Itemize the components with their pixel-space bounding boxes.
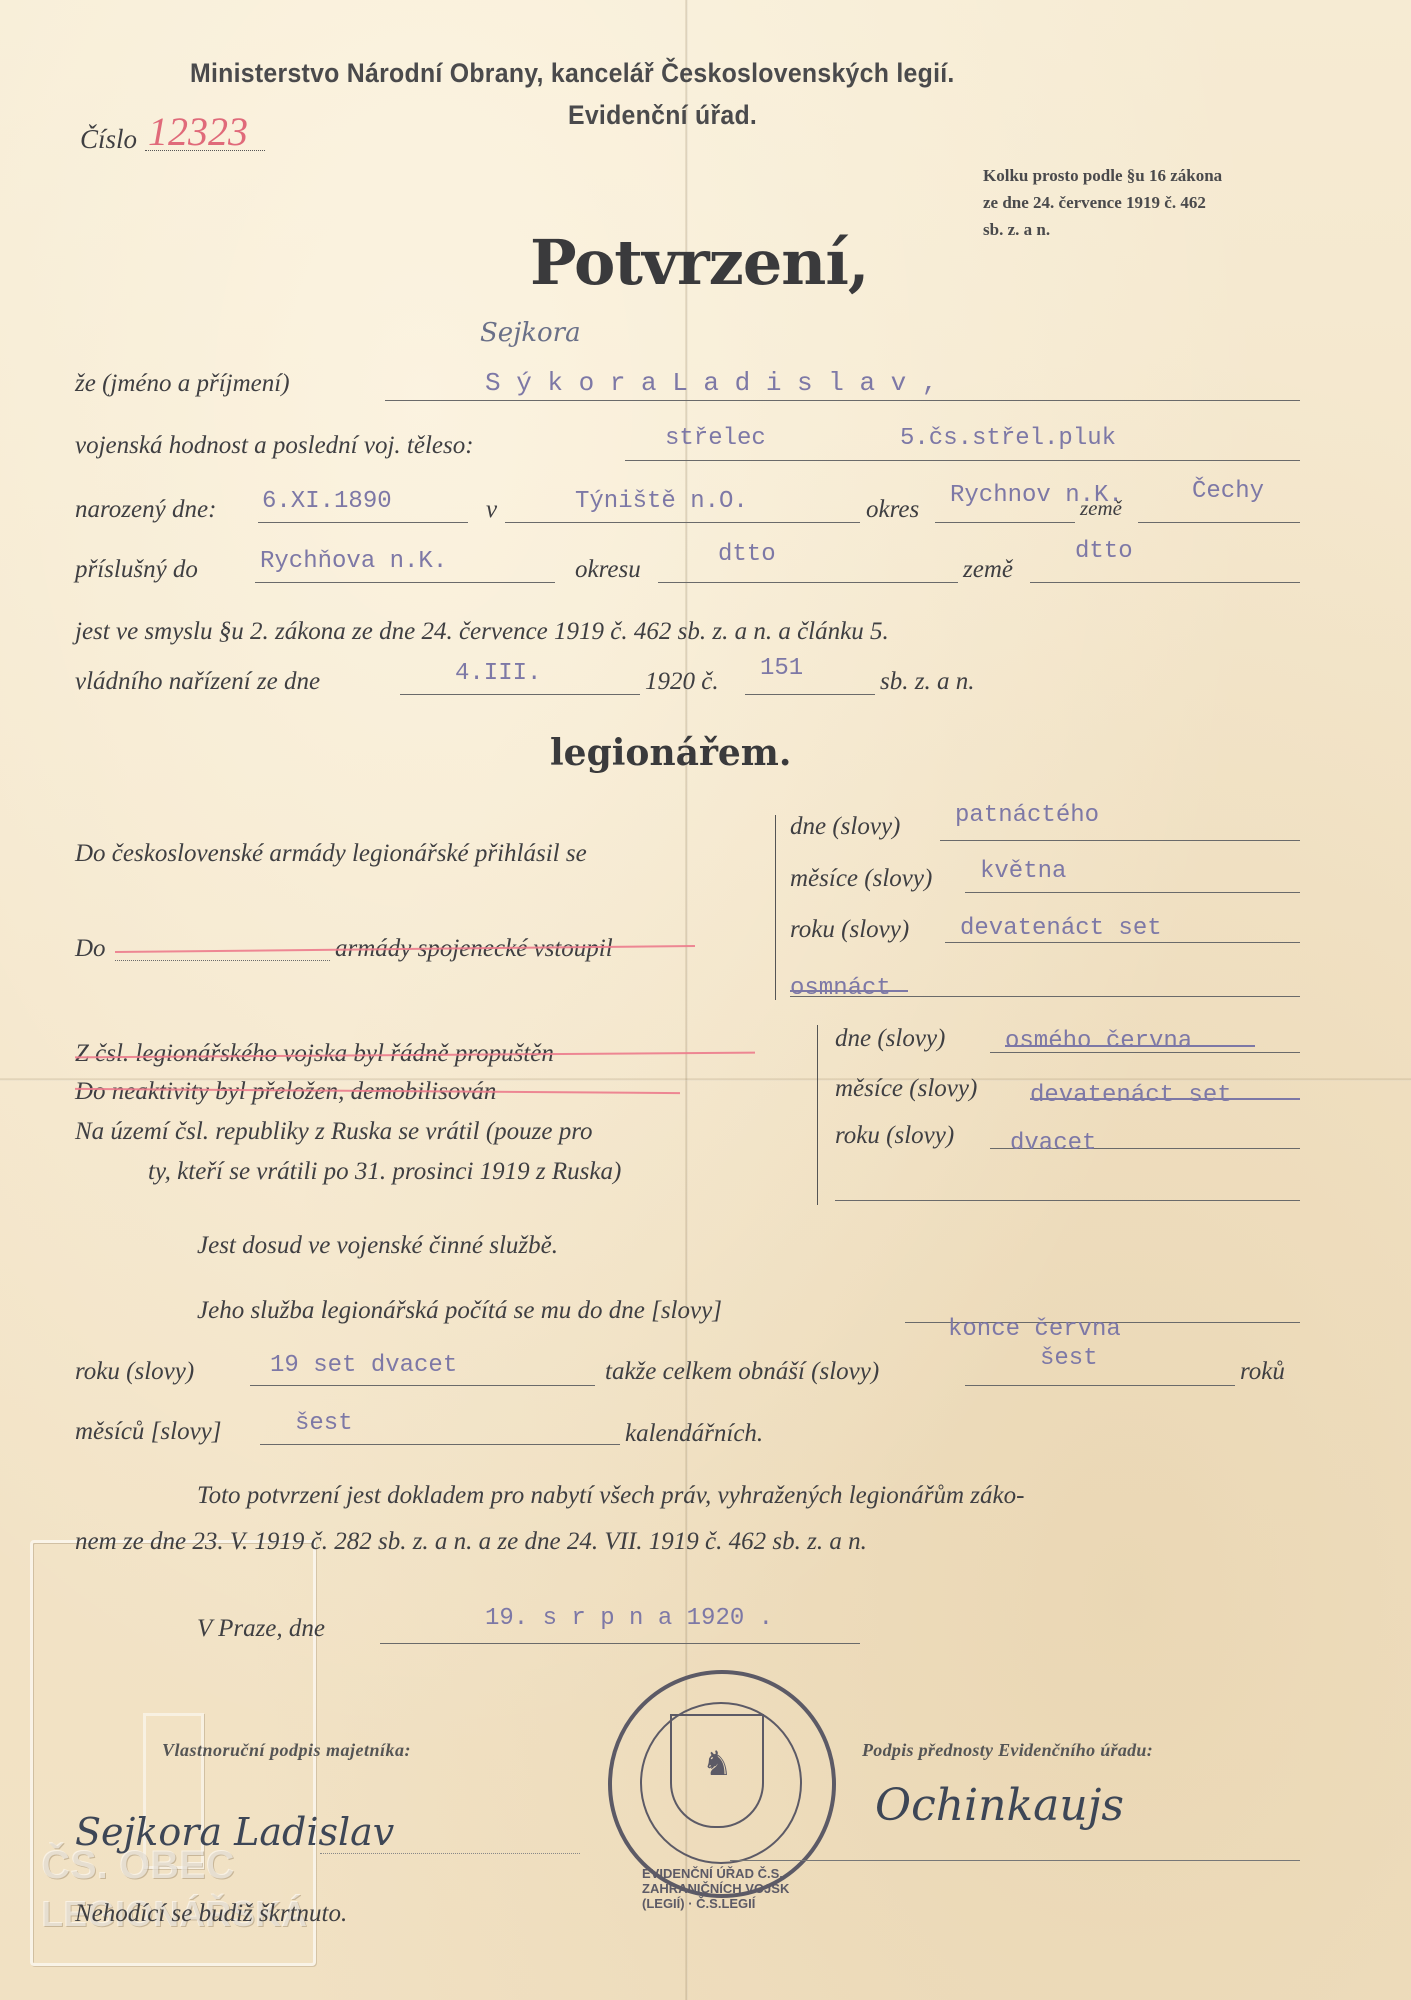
discharge-bracket bbox=[817, 1025, 818, 1205]
domicile-town-line bbox=[255, 582, 555, 583]
stamp-note-line3: sb. z. a n. bbox=[983, 216, 1222, 243]
domicile-district-value: dtto bbox=[718, 541, 776, 568]
months-label: měsíců [slovy] bbox=[75, 1418, 222, 1446]
domicile-town-value: Rychňova n.K. bbox=[260, 548, 447, 575]
counted-until-value: konce června bbox=[948, 1316, 1121, 1343]
unit-value: 5.čs.střel.pluk bbox=[900, 425, 1116, 452]
birth-place-value: Týniště n.O. bbox=[575, 488, 748, 515]
birth-place-label: v bbox=[486, 496, 497, 524]
discharge-line3: Na území čsl. republiky z Ruska se vráti… bbox=[75, 1118, 593, 1146]
enlistment-label: Do československé armády legionářské při… bbox=[75, 840, 587, 868]
place-date-label: V Praze, dne bbox=[197, 1615, 325, 1643]
discharge-line4: ty, kteří se vrátili po 31. prosinci 191… bbox=[148, 1158, 621, 1186]
strike-year-cont bbox=[790, 990, 908, 992]
total-years-line bbox=[965, 1385, 1235, 1386]
document-number: 12323 bbox=[148, 108, 248, 155]
holder-signature-line bbox=[320, 1853, 580, 1854]
enlist-month-line bbox=[965, 892, 1300, 893]
head-signature-label: Podpis přednosty Evidenčního úřadu: bbox=[862, 1740, 1153, 1761]
birth-country-label: země bbox=[1080, 496, 1122, 521]
document-title: Potvrzení, bbox=[530, 226, 869, 299]
months-line bbox=[260, 1444, 620, 1445]
service-year-line bbox=[250, 1385, 595, 1386]
footnote: Nehodící se budiž škrtnuto. bbox=[75, 1900, 347, 1928]
service-year-label: roku (slovy) bbox=[75, 1358, 194, 1386]
birth-date-line bbox=[258, 522, 468, 523]
domicile-country-value: dtto bbox=[1075, 538, 1133, 565]
active-duty-text: Jest dosud ve vojenské činné službě. bbox=[197, 1232, 558, 1260]
birth-date-value: 6.XI.1890 bbox=[262, 488, 392, 515]
domicile-district-label: okresu bbox=[575, 556, 641, 584]
enlist-day-value: patnáctého bbox=[955, 802, 1099, 829]
holder-signature-label: Vlastnoruční podpis majetníka: bbox=[162, 1740, 411, 1761]
total-years-value: šest bbox=[1040, 1345, 1098, 1372]
discharge-year-value: dvacet bbox=[1010, 1130, 1096, 1157]
domicile-label: příslušný do bbox=[75, 556, 198, 584]
decree-number-line bbox=[745, 694, 875, 695]
strike-discharge-month bbox=[1030, 1098, 1300, 1100]
lion-emblem-icon: ♞ bbox=[702, 1744, 732, 1784]
place-date-line bbox=[380, 1643, 860, 1644]
name-annotation: Sejkora bbox=[480, 318, 581, 348]
office-heading: Evidenční úřad. bbox=[568, 100, 757, 131]
law-text-line2-prefix: vládního nařízení ze dne bbox=[75, 668, 320, 696]
decree-number-value: 151 bbox=[760, 655, 803, 682]
discharge-month-label: měsíce (slovy) bbox=[835, 1075, 977, 1103]
strike-discharge-day bbox=[1005, 1045, 1255, 1047]
allied-army-line bbox=[115, 960, 330, 961]
stamp-note-line2: ze dne 24. července 1919 č. 462 bbox=[983, 189, 1222, 216]
holder-signature: Sejkora Ladislav bbox=[75, 1810, 394, 1854]
birth-place-line bbox=[505, 522, 860, 523]
decree-date-line bbox=[400, 694, 640, 695]
allied-enlistment-prefix: Do bbox=[75, 935, 106, 963]
stamp-exemption-note: Kolku prosto podle §u 16 zákona ze dne 2… bbox=[983, 162, 1222, 243]
enlist-year-line bbox=[945, 942, 1300, 943]
enlist-year-value: devatenáct set bbox=[960, 915, 1162, 942]
birth-district-line bbox=[935, 522, 1075, 523]
discharge-day-label: dne (slovy) bbox=[835, 1025, 945, 1053]
rank-value: střelec bbox=[665, 425, 766, 452]
domicile-district-line bbox=[658, 582, 958, 583]
document-subtitle: legionářem. bbox=[550, 732, 791, 774]
service-year-value: 19 set dvacet bbox=[270, 1352, 457, 1379]
discharge-day-value: osmého června bbox=[1005, 1028, 1192, 1055]
enlist-day-label: dne (slovy) bbox=[790, 813, 900, 841]
domicile-country-line bbox=[1030, 582, 1300, 583]
stamp-note-line1: Kolku prosto podle §u 16 zákona bbox=[983, 162, 1222, 189]
official-seal: ♞ EVIDENČNÍ ÚŘAD Č.S. ZAHRANIČNÍCH VOJSK… bbox=[608, 1670, 836, 1898]
enlistment-bracket bbox=[775, 815, 776, 1000]
years-unit: roků bbox=[1240, 1358, 1285, 1386]
decree-date-value: 4.III. bbox=[455, 660, 541, 687]
enlist-month-label: měsíce (slovy) bbox=[790, 865, 932, 893]
months-value: šest bbox=[295, 1410, 353, 1437]
discharge-extra-line bbox=[835, 1200, 1300, 1201]
head-signature: Ochinkaujs bbox=[875, 1780, 1124, 1831]
decree-year: 1920 č. bbox=[645, 668, 719, 696]
coat-of-arms-icon: ♞ bbox=[670, 1714, 764, 1828]
enlist-year-cont-value: osmnáct bbox=[790, 975, 891, 1002]
total-label: takže celkem obnáší (slovy) bbox=[605, 1358, 879, 1386]
name-value: S ý k o r a L a d i s l a v , bbox=[485, 368, 937, 398]
discharge-year-label: roku (slovy) bbox=[835, 1122, 954, 1150]
birth-country-line bbox=[1138, 522, 1300, 523]
domicile-country-label: země bbox=[963, 556, 1013, 584]
discharge-month-value: devatenáct set bbox=[1030, 1082, 1232, 1109]
rank-unit-line bbox=[625, 460, 1300, 461]
counted-until-label: Jeho služba legionářská počítá se mu do … bbox=[197, 1297, 722, 1325]
head-signature-line bbox=[730, 1860, 1300, 1861]
birth-country-value: Čechy bbox=[1192, 478, 1264, 505]
closing-line2: nem ze dne 23. V. 1919 č. 282 sb. z. a n… bbox=[75, 1528, 867, 1556]
name-line bbox=[385, 400, 1300, 401]
seal-text: EVIDENČNÍ ÚŘAD Č.S. ZAHRANIČNÍCH VOJSK (… bbox=[642, 1866, 832, 1911]
number-label: Číslo bbox=[80, 124, 137, 155]
enlist-month-value: května bbox=[980, 858, 1066, 885]
enlist-year-label: roku (slovy) bbox=[790, 916, 909, 944]
law-text-line1: jest ve smyslu §u 2. zákona ze dne 24. č… bbox=[75, 618, 889, 646]
ministry-heading: Ministerstvo Národní Obrany, kancelář Če… bbox=[190, 58, 955, 89]
rank-unit-label: vojenská hodnost a poslední voj. těleso: bbox=[75, 432, 474, 460]
enlist-day-line bbox=[940, 840, 1300, 841]
closing-line1: Toto potvrzení jest dokladem pro nabytí … bbox=[197, 1482, 1024, 1510]
birth-date-label: narozený dne: bbox=[75, 496, 216, 524]
birth-district-label: okres bbox=[866, 496, 919, 524]
months-unit: kalendářních. bbox=[625, 1420, 763, 1448]
name-label: že (jméno a příjmení) bbox=[75, 370, 290, 398]
place-date-value: 19. s r p n a 1920 . bbox=[485, 1605, 773, 1632]
law-text-line2-suffix: sb. z. a n. bbox=[880, 668, 974, 696]
